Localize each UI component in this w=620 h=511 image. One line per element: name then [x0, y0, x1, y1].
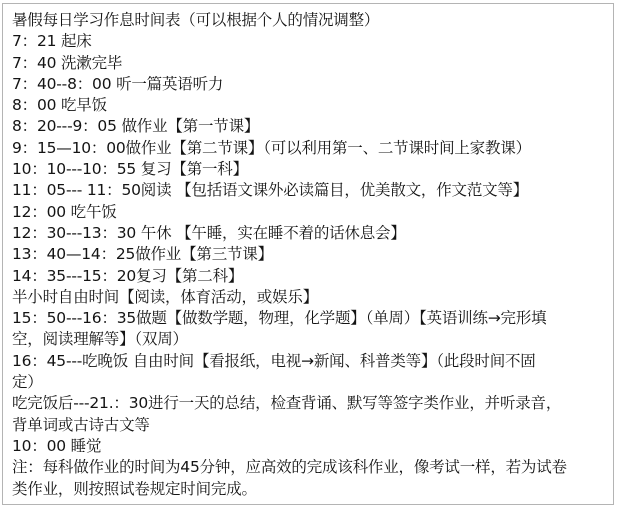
schedule-line-breakfast: 8：00 吃早饭 [12, 95, 612, 116]
document-title: 暑假每日学习作息时间表（可以根据个人的情况调整） [12, 10, 612, 31]
schedule-line-dinner: 16：45---吃晚饭 自由时间【看报纸，电视→新闻、科普类等】（此段时间不固 [12, 351, 612, 372]
schedule-line-homework-period-2: 9：15—10：00做作业【第二节课】（可以利用第一、二节课时间上家教课） [12, 138, 612, 159]
schedule-document: 暑假每日学习作息时间表（可以根据个人的情况调整） 7：21 起床 7：40 洗漱… [2, 3, 614, 505]
schedule-line-exercises: 15：50---16：35做题【做数学题，物理，化学题】（单周）【英语训练→完形… [12, 308, 612, 329]
schedule-line-dinner-cont: 定） [12, 372, 612, 393]
schedule-line-exercises-cont: 空，阅读理解等】（双周） [12, 329, 612, 350]
schedule-line-evening-summary-cont: 背单词或古诗古文等 [12, 415, 612, 436]
schedule-lines: 暑假每日学习作息时间表（可以根据个人的情况调整） 7：21 起床 7：40 洗漱… [12, 10, 612, 500]
schedule-line-wash: 7：40 洗漱完毕 [12, 53, 612, 74]
schedule-line-reading: 11：05--- 11：50阅读 【包括语文课外必读篇目，优美散文，作文范文等】 [12, 180, 612, 201]
schedule-note: 注：每科做作业的时间为45分钟，应高效的完成该科作业，像考试一样，若为试卷 [12, 457, 612, 478]
schedule-line-sleep: 10：00 睡觉 [12, 436, 612, 457]
schedule-line-nap: 12：30---13：30 午休 【午睡，实在睡不着的话休息会】 [12, 223, 612, 244]
schedule-line-english-listening: 7：40--8：00 听一篇英语听力 [12, 74, 612, 95]
schedule-line-homework-period-3: 13：40—14：25做作业【第三节课】 [12, 244, 612, 265]
schedule-line-evening-summary: 吃完饭后---21.：30进行一天的总结，检查背诵、默写等签字类作业，并听录音， [12, 393, 612, 414]
schedule-line-homework-period-1: 8：20---9：05 做作业【第一节课】 [12, 116, 612, 137]
schedule-line-lunch: 12：00 吃午饭 [12, 202, 612, 223]
schedule-line-wake-up: 7：21 起床 [12, 31, 612, 52]
schedule-line-review-subject-2: 14：35---15：20复习【第二科】 [12, 266, 612, 287]
schedule-note-cont: 类作业，则按照试卷规定时间完成。 [12, 479, 612, 500]
schedule-line-free-time: 半小时自由时间【阅读，体育活动，或娱乐】 [12, 287, 612, 308]
schedule-line-review-subject-1: 10：10---10：55 复习【第一科】 [12, 159, 612, 180]
